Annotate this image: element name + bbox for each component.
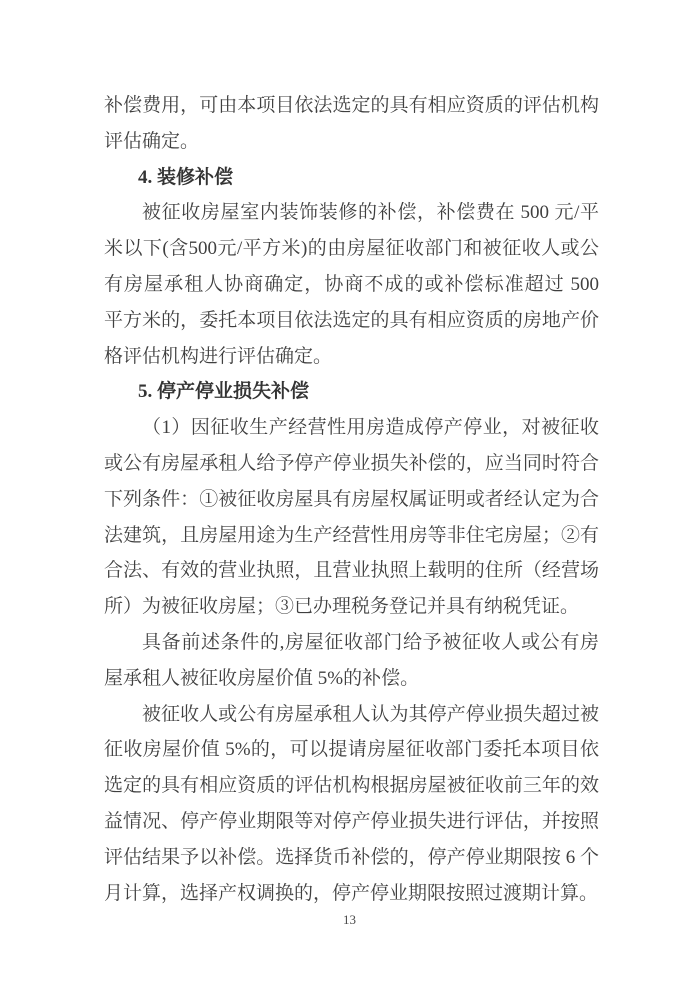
text-line: 格评估机构进行评估确定。	[104, 339, 599, 375]
text-line: 征收房屋价值 5%的，可以提请房屋征收部门委托本项目依法	[104, 732, 599, 768]
text-line: 有房屋承租人协商确定，协商不成的或补偿标准超过 500 元/	[104, 267, 599, 303]
section-heading-5: 5. 停产停业损失补偿	[104, 374, 599, 410]
text-line: （1）因征收生产经营性用房造成停产停业，对被征收人	[104, 410, 599, 446]
text-line: 被征收人或公有房屋承租人认为其停产停业损失超过被	[104, 697, 599, 733]
document-page: 补偿费用，可由本项目依法选定的具有相应资质的评估机构 评估确定。 4. 装修补偿…	[0, 0, 699, 990]
text-line: 所）为被征收房屋；③已办理税务登记并具有纳税凭证。	[104, 589, 599, 625]
text-line: 米以下(含500元/平方米)的由房屋征收部门和被征收人或公	[104, 231, 599, 267]
text-line: 选定的具有相应资质的评估机构根据房屋被征收前三年的效	[104, 768, 599, 804]
text-line: 合法、有效的营业执照，且营业执照上载明的住所（经营场	[104, 553, 599, 589]
document-body: 补偿费用，可由本项目依法选定的具有相应资质的评估机构 评估确定。 4. 装修补偿…	[104, 88, 599, 911]
text-line: 月计算，选择产权调换的，停产停业期限按照过渡期计算。	[104, 876, 599, 912]
text-line: 法建筑，且房屋用途为生产经营性用房等非住宅房屋；②有	[104, 518, 599, 554]
text-line: 评估结果予以补偿。选择货币补偿的，停产停业期限按 6 个	[104, 840, 599, 876]
text-line: 益情况、停产停业期限等对停产停业损失进行评估，并按照	[104, 804, 599, 840]
text-line: 补偿费用，可由本项目依法选定的具有相应资质的评估机构	[104, 88, 599, 124]
text-line: 屋承租人被征收房屋价值 5%的补偿。	[104, 661, 599, 697]
text-line: 平方米的，委托本项目依法选定的具有相应资质的房地产价	[104, 303, 599, 339]
text-line: 被征收房屋室内装饰装修的补偿，补偿费在 500 元/平方	[104, 195, 599, 231]
text-line: 评估确定。	[104, 124, 599, 160]
text-line: 具备前述条件的,房屋征收部门给予被征收人或公有房	[104, 625, 599, 661]
text-line: 或公有房屋承租人给予停产停业损失补偿的，应当同时符合	[104, 446, 599, 482]
page-number: 13	[0, 912, 699, 928]
text-line: 下列条件：①被征收房屋具有房屋权属证明或者经认定为合	[104, 482, 599, 518]
section-heading-4: 4. 装修补偿	[104, 160, 599, 196]
